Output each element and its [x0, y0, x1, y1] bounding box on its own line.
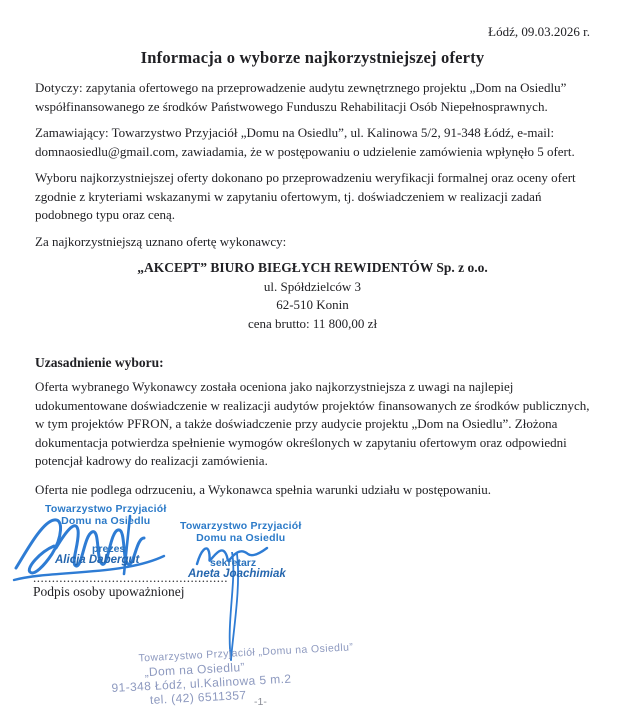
winner-name: „AKCEPT” BIURO BIEGŁYCH REWIDENTÓW Sp. z…: [35, 259, 590, 278]
right-stamp-line1: Towarzystwo Przyjaciół: [180, 520, 302, 532]
page-title: Informacja o wyborze najkorzystniejszej …: [35, 47, 590, 69]
page-number: -1-: [254, 696, 267, 708]
paragraph-dotyczy: Dotyczy: zapytania ofertowego na przepro…: [35, 79, 590, 116]
signature-caption: Podpis osoby upoważnionej: [33, 584, 185, 600]
left-signer-name: Alicja Dabergut: [55, 554, 139, 566]
justification-heading: Uzasadnienie wyboru:: [35, 353, 590, 372]
justification-body: Oferta wybranego Wykonawcy została oceni…: [35, 378, 590, 471]
document-content: Łódź, 09.03.2026 r. Informacja o wyborze…: [0, 0, 625, 499]
document-page: Łódź, 09.03.2026 r. Informacja o wyborze…: [0, 0, 625, 721]
winner-price-line: cena brutto: 11 800,00 zł: [35, 315, 590, 334]
winner-address-line2: 62-510 Konin: [35, 296, 590, 315]
paragraph-za-najkorzystniejsza: Za najkorzystniejszą uznano ofertę wykon…: [35, 233, 590, 252]
paragraph-wyboru: Wyboru najkorzystniejszej oferty dokonan…: [35, 169, 590, 225]
winner-address-line1: ul. Spółdzielców 3: [35, 278, 590, 297]
winner-block: „AKCEPT” BIURO BIEGŁYCH REWIDENTÓW Sp. z…: [35, 259, 590, 333]
date-line: Łódź, 09.03.2026 r.: [35, 24, 590, 39]
paragraph-zamawiajacy: Zamawiający: Towarzystwo Przyjaciół „Dom…: [35, 124, 590, 161]
